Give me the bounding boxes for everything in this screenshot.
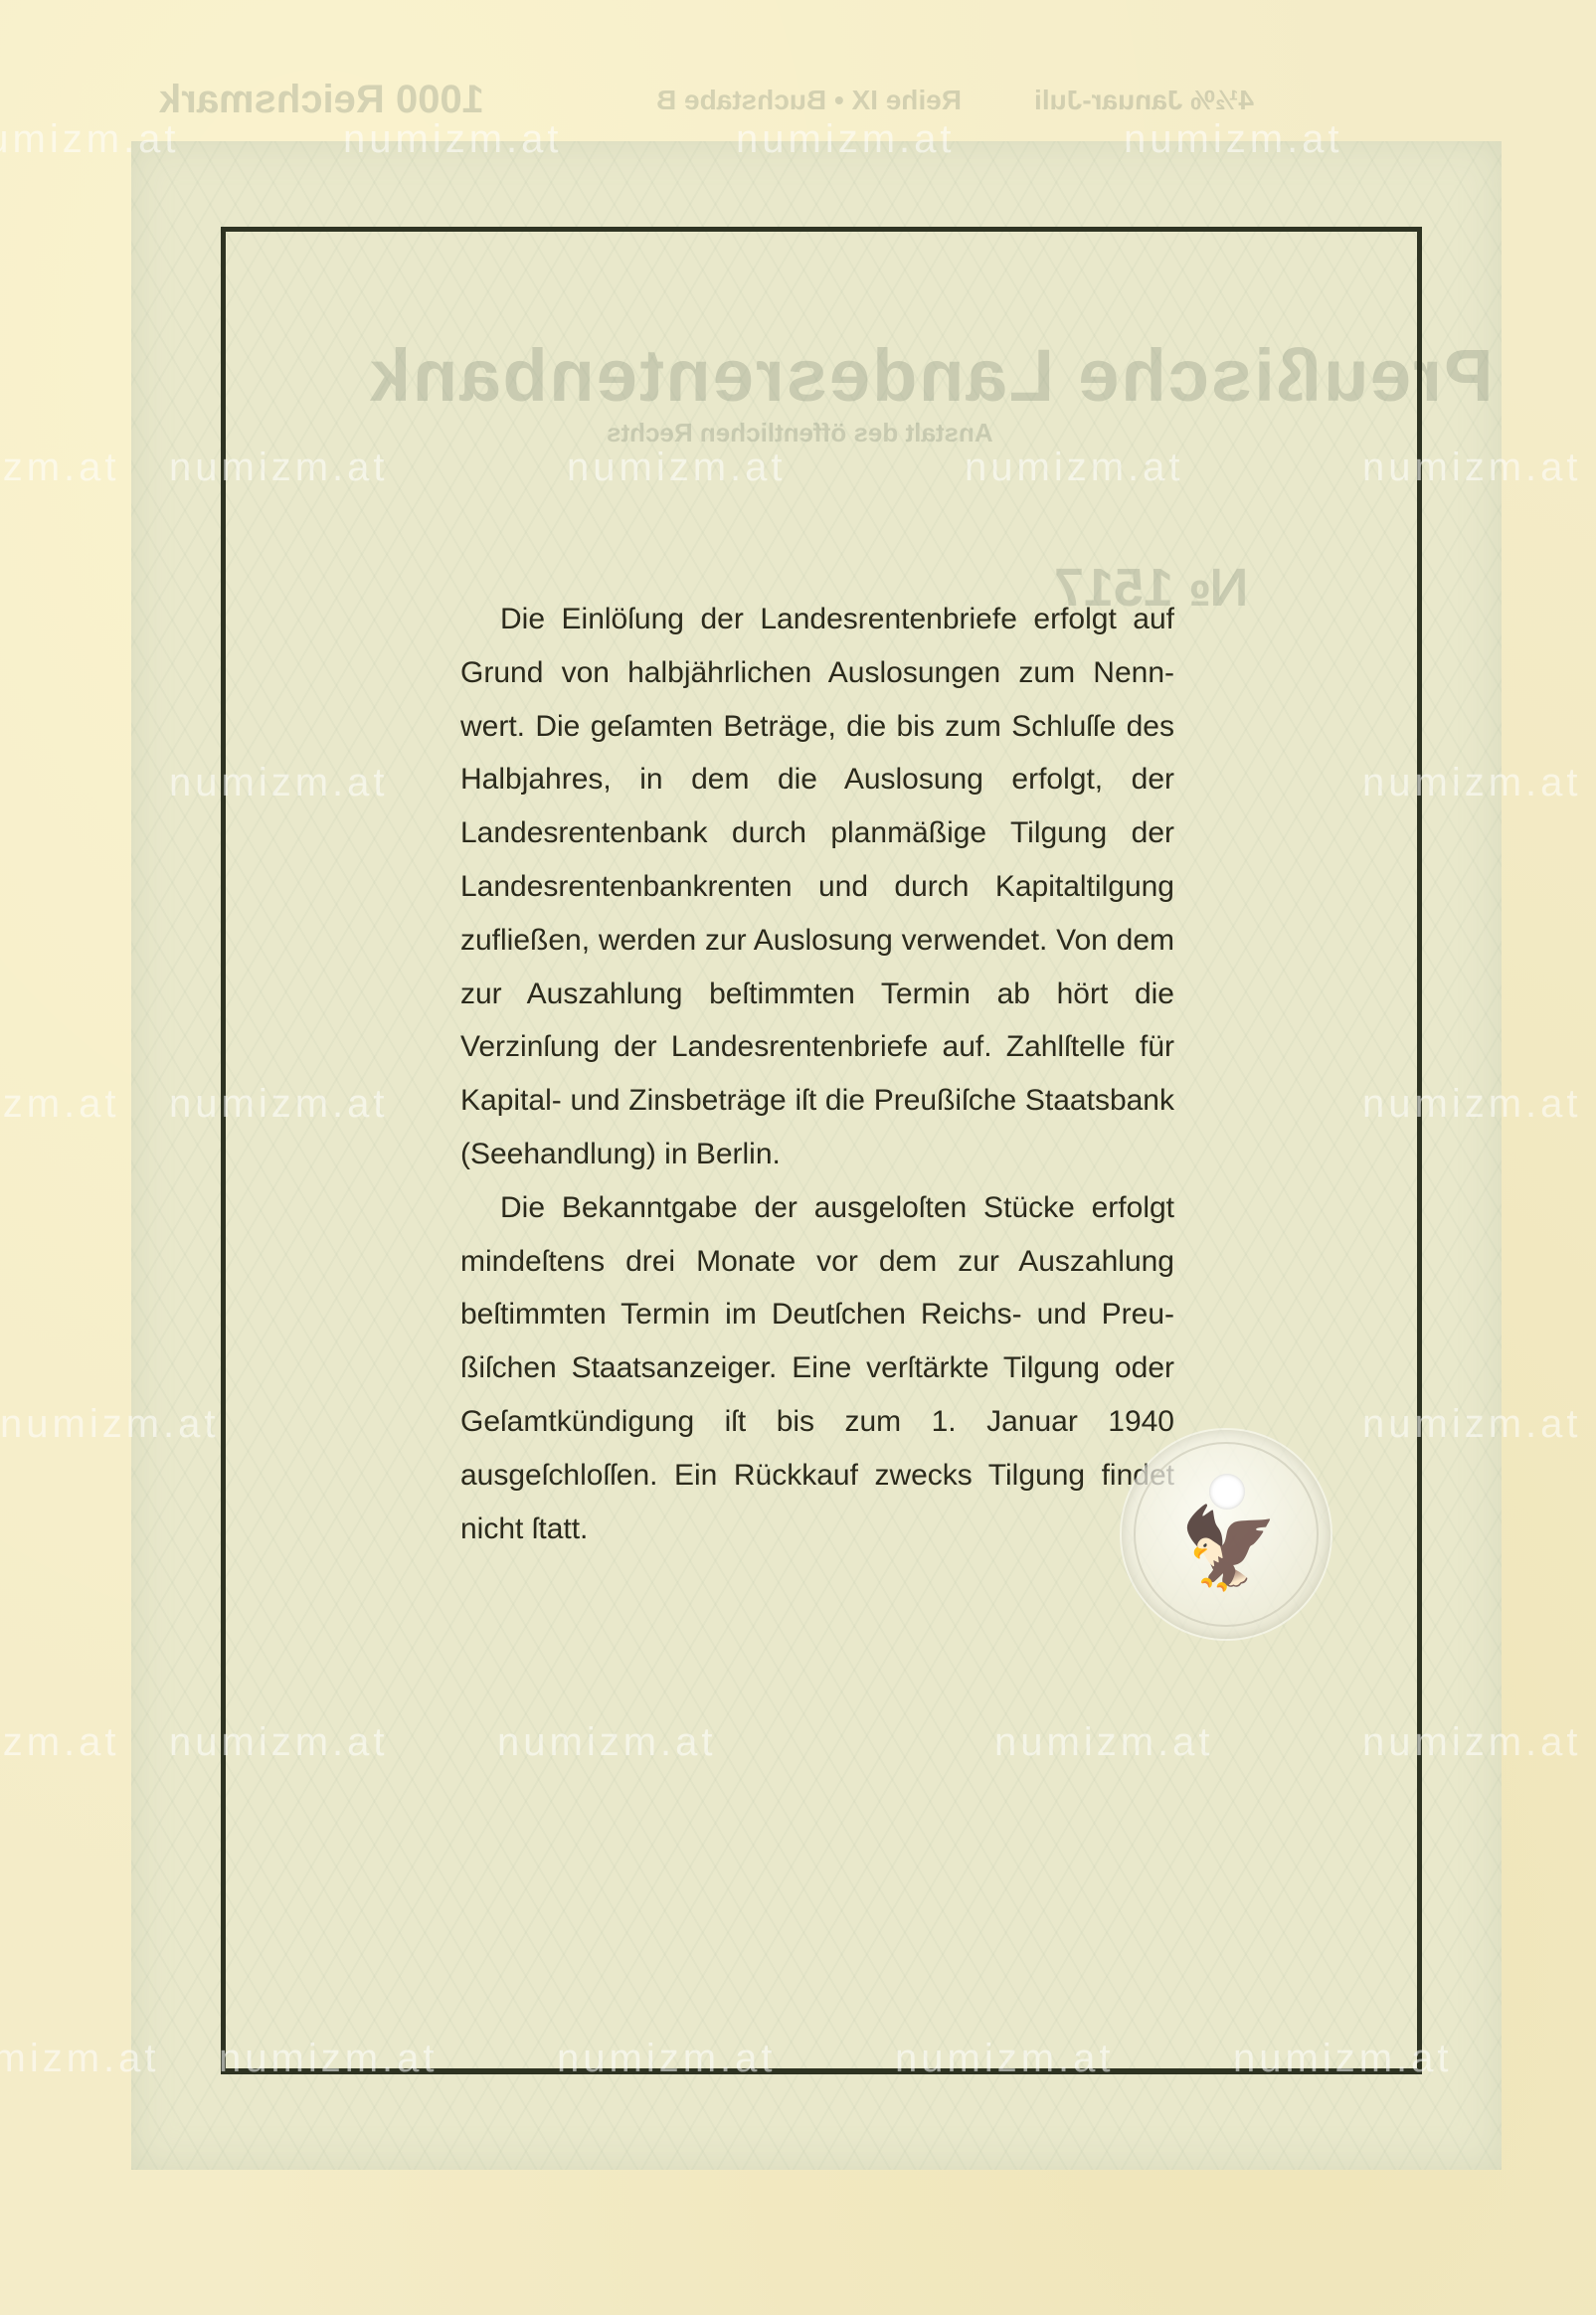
watermark: numizm.at <box>965 445 1184 490</box>
watermark: numizm.at <box>1362 1402 1582 1447</box>
watermark: numizm.at <box>994 1720 1214 1765</box>
watermark: numizm.at <box>1233 2037 1453 2081</box>
bleed-header-series: Reihe IX • Buchstabe B <box>656 85 962 116</box>
watermark: numizm.at <box>557 2037 777 2081</box>
bleed-header-rate: 4½% Januar-Juli <box>1034 85 1254 116</box>
embossed-seal: 🦅 <box>1122 1430 1330 1639</box>
watermark: numizm.at <box>0 117 180 162</box>
watermark: numizm.at <box>0 2037 160 2081</box>
paragraph-redemption: Die Einlöſung der Landesrentenbriefe erf… <box>460 593 1174 1181</box>
watermark: numizm.at <box>1124 117 1343 162</box>
watermark: numizm.at <box>0 1402 220 1447</box>
watermark: numizm.at <box>343 117 563 162</box>
watermark: numizm.at <box>1362 761 1582 805</box>
watermark: numizm.at <box>219 2037 439 2081</box>
paragraph-announcement: Die Bekanntgabe der ausgeloſten Stücke e… <box>460 1181 1174 1556</box>
watermark: numizm.at <box>169 761 389 805</box>
terms-text: Die Einlöſung der Landesrentenbriefe erf… <box>460 593 1174 1555</box>
watermark: numizm.at <box>1362 1082 1582 1127</box>
watermark: numizm.at <box>1362 1720 1582 1765</box>
watermark: numizm.at <box>567 445 787 490</box>
watermark: numizm.at <box>895 2037 1115 2081</box>
watermark: numizm.at <box>0 445 120 490</box>
eagle-icon: 🦅 <box>1179 1500 1275 1599</box>
watermark: numizm.at <box>0 1082 120 1127</box>
watermark: numizm.at <box>497 1720 717 1765</box>
watermark: numizm.at <box>736 117 956 162</box>
watermark: numizm.at <box>1362 445 1582 490</box>
watermark: numizm.at <box>169 445 389 490</box>
bleed-header-value: 1000 Reichsmark <box>159 78 484 122</box>
watermark: numizm.at <box>0 1720 120 1765</box>
watermark: numizm.at <box>169 1082 389 1127</box>
watermark: numizm.at <box>169 1720 389 1765</box>
punch-hole <box>1209 1474 1245 1510</box>
